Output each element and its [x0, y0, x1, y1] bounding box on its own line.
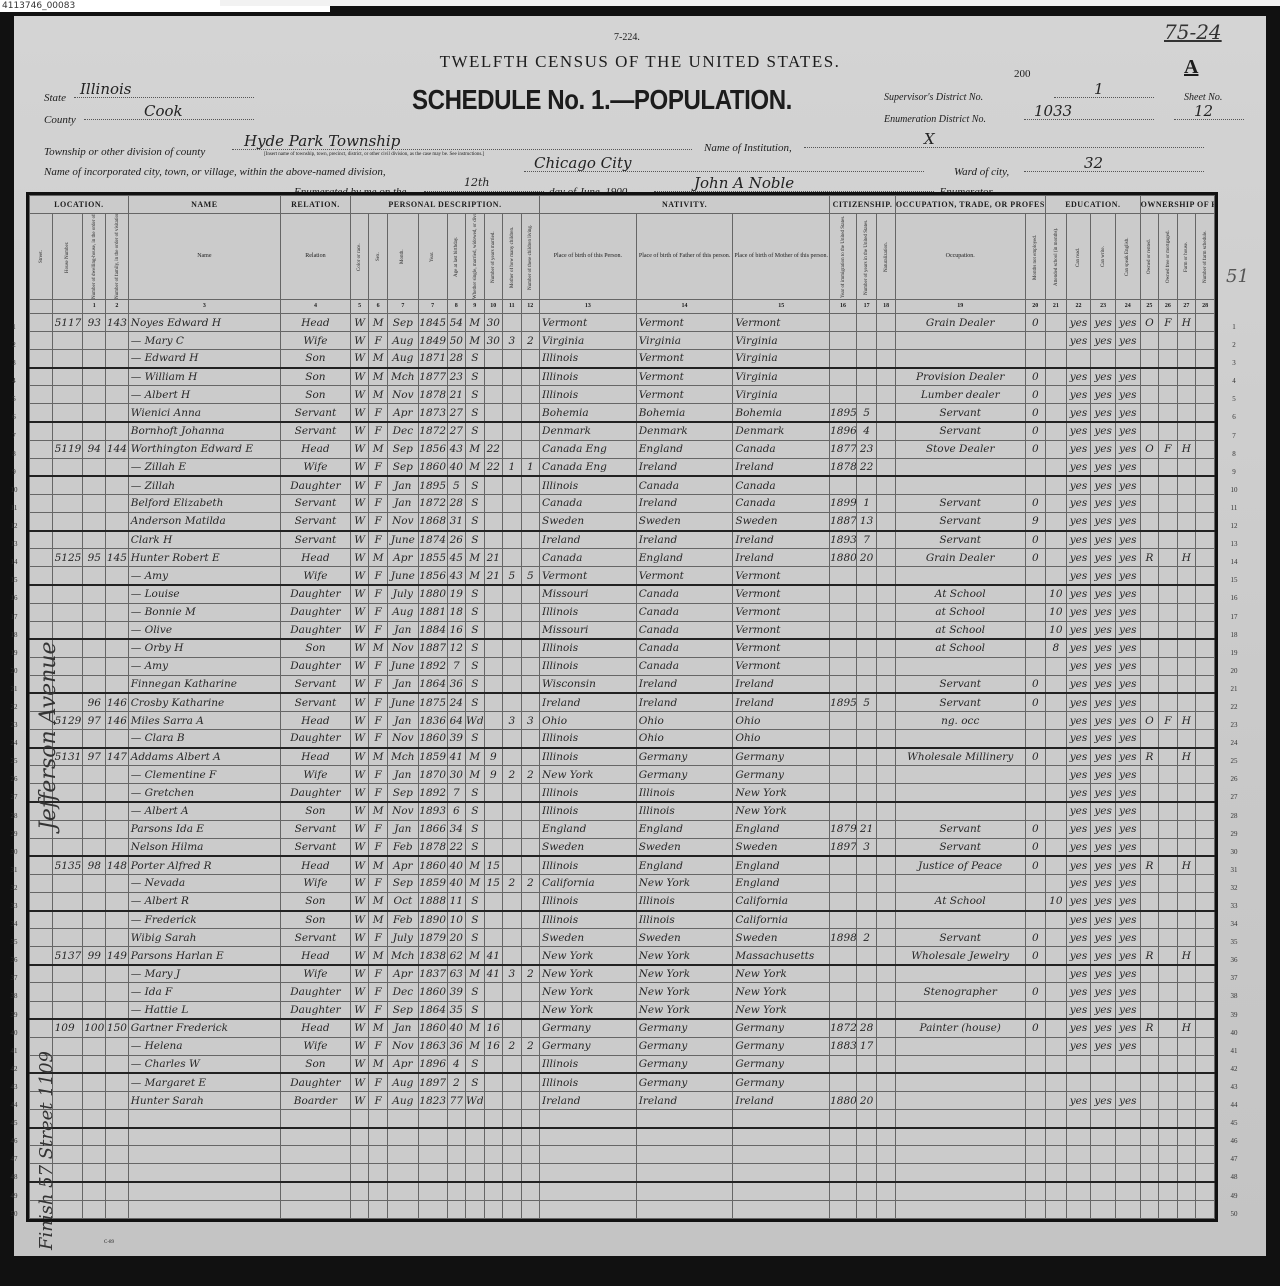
- cell-father-birth: New York: [636, 983, 733, 1001]
- column-label: Year.: [418, 214, 447, 300]
- cell-color: W: [350, 386, 369, 404]
- cell-write: yes: [1091, 820, 1116, 838]
- cell-natur: [877, 874, 896, 892]
- cell-year: 1895: [418, 476, 447, 494]
- cell-color: W: [350, 947, 369, 965]
- cell-sched: [1196, 856, 1215, 874]
- cell-natur: [877, 1182, 896, 1200]
- cell-sched: [1196, 458, 1215, 476]
- cell-house: [52, 386, 83, 404]
- table-row: [30, 1200, 1215, 1218]
- cell-age: 39: [447, 730, 466, 748]
- column-label: Number of family, in the order of visita…: [106, 214, 129, 300]
- sheet-letter: A: [1184, 56, 1198, 79]
- cell-years-married: [484, 730, 503, 748]
- cell-owned: [1140, 929, 1159, 947]
- cell-years-us: 23: [856, 440, 877, 458]
- cell-living: [521, 1001, 540, 1019]
- cell-family: 145: [106, 549, 129, 567]
- cell-house: [52, 350, 83, 368]
- cell-sched: [1196, 549, 1215, 567]
- cell-living: 2: [521, 874, 540, 892]
- cell-color: W: [350, 368, 369, 386]
- cell-farm: [1177, 766, 1196, 784]
- cell-marital: S: [466, 639, 485, 657]
- cell-unemployed: [1025, 657, 1046, 675]
- cell-sched: [1196, 965, 1215, 983]
- table-row: [30, 1182, 1215, 1200]
- cell-family: [106, 874, 129, 892]
- cell-farm: H: [1177, 712, 1196, 730]
- line-number: 34: [4, 915, 24, 933]
- cell-read: yes: [1066, 458, 1091, 476]
- column-number: 2: [106, 300, 129, 314]
- occupation-header: OCCUPATION, TRADE, OR PROFESSION: [895, 196, 1045, 214]
- cell-year: 1860: [418, 458, 447, 476]
- column-number: 16: [830, 300, 857, 314]
- cell-years-us: [856, 1073, 877, 1091]
- cell-mother-of: [503, 1146, 522, 1164]
- cell-mother-birth: Germany: [733, 766, 830, 784]
- cell-free: [1159, 494, 1178, 512]
- cell-father-birth: Bohemia: [636, 404, 733, 422]
- cell-name: Hunter Sarah: [128, 1092, 280, 1110]
- cell-immig: [830, 911, 857, 929]
- cell-immig: [830, 639, 857, 657]
- cell-sex: F: [369, 422, 388, 440]
- cell-unemployed: [1025, 712, 1046, 730]
- cell-school: [1046, 748, 1067, 766]
- cell-years-us: [856, 748, 877, 766]
- cell-english: [1115, 350, 1140, 368]
- line-number: 44: [1224, 1096, 1244, 1114]
- cell-occupation: at School: [895, 603, 1025, 621]
- cell-english: yes: [1115, 639, 1140, 657]
- cell-sched: [1196, 1073, 1215, 1091]
- line-number: 44: [4, 1096, 24, 1114]
- cell-name: Wibig Sarah: [128, 929, 280, 947]
- cell-family: [106, 494, 129, 512]
- cell-name: Clark H: [128, 531, 280, 549]
- cell-free: [1159, 1092, 1178, 1110]
- cell-month: Apr: [387, 965, 418, 983]
- column-label: Farm or house.: [1177, 214, 1196, 300]
- cell-family: [106, 1182, 129, 1200]
- cell-owned: O: [1140, 712, 1159, 730]
- cell-write: yes: [1091, 422, 1116, 440]
- cell-free: [1159, 983, 1178, 1001]
- cell-year: 1860: [418, 856, 447, 874]
- cell-father-birth: Illinois: [636, 784, 733, 802]
- cell-street: [30, 947, 53, 965]
- cell-free: [1159, 1146, 1178, 1164]
- cell-year: 1873: [418, 404, 447, 422]
- cell-unemployed: [1025, 766, 1046, 784]
- cell-mother-birth: Sweden: [733, 838, 830, 856]
- cell-sex: M: [369, 368, 388, 386]
- cell-write: yes: [1091, 893, 1116, 911]
- line-number: 31: [1224, 861, 1244, 879]
- cell-read: [1066, 1200, 1091, 1218]
- cell-unemployed: 0: [1025, 549, 1046, 567]
- cell-age: 22: [447, 838, 466, 856]
- cell-father-birth: Vermont: [636, 567, 733, 585]
- cell-sched: [1196, 766, 1215, 784]
- personal-description-header: PERSONAL DESCRIPTION.: [350, 196, 539, 214]
- cell-read: yes: [1066, 603, 1091, 621]
- cell-free: [1159, 1200, 1178, 1218]
- cell-birth: Vermont: [540, 314, 637, 332]
- cell-marital: M: [466, 965, 485, 983]
- cell-unemployed: [1025, 332, 1046, 350]
- cell-living: [521, 621, 540, 639]
- column-label: Year of immigration to the United States…: [830, 214, 857, 300]
- cell-sex: M: [369, 440, 388, 458]
- cell-sex: M: [369, 1055, 388, 1073]
- cell-farm: [1177, 820, 1196, 838]
- cell-marital: S: [466, 929, 485, 947]
- cell-sched: [1196, 820, 1215, 838]
- cell-write: yes: [1091, 784, 1116, 802]
- cell-relation: Head: [280, 947, 350, 965]
- cell-mother-of: [503, 693, 522, 711]
- cell-family: [106, 332, 129, 350]
- cell-sched: [1196, 513, 1215, 531]
- cell-occupation: ng. occ: [895, 712, 1025, 730]
- cell-occupation: [895, 1092, 1025, 1110]
- cell-read: yes: [1066, 766, 1091, 784]
- cell-immig: [830, 350, 857, 368]
- cell-immig: [830, 983, 857, 1001]
- cell-father-birth: Ireland: [636, 531, 733, 549]
- cell-occupation: Lumber dealer: [895, 386, 1025, 404]
- state-label: State: [44, 92, 66, 104]
- cell-mother-of: [503, 784, 522, 802]
- township-note: [Insert name of township, town, precinct…: [264, 152, 484, 157]
- cell-age: 5: [447, 476, 466, 494]
- cell-relation: Son: [280, 893, 350, 911]
- cell-immig: [830, 314, 857, 332]
- table-row: — Ida FDaughterWFDec186039SNew YorkNew Y…: [30, 983, 1215, 1001]
- cell-age: 27: [447, 404, 466, 422]
- cell-write: yes: [1091, 639, 1116, 657]
- cell-dwelling: [83, 838, 106, 856]
- cell-marital: S: [466, 911, 485, 929]
- cell-school: [1046, 531, 1067, 549]
- cell-month: Sep: [387, 314, 418, 332]
- cell-father-birth: New York: [636, 1001, 733, 1019]
- cell-living: 1: [521, 458, 540, 476]
- cell-sched: [1196, 802, 1215, 820]
- cell-birth: Ireland: [540, 693, 637, 711]
- cell-family: 150: [106, 1019, 129, 1037]
- cell-immig: [830, 748, 857, 766]
- line-number: 14: [1224, 553, 1244, 571]
- cell-sched: [1196, 314, 1215, 332]
- cell-sex: F: [369, 1037, 388, 1055]
- cell-age: 24: [447, 693, 466, 711]
- cell-month: Nov: [387, 730, 418, 748]
- cell-month: Apr: [387, 856, 418, 874]
- cell-read: yes: [1066, 1092, 1091, 1110]
- cell-age: [447, 1128, 466, 1146]
- line-number: 10: [1224, 481, 1244, 499]
- cell-immig: [830, 476, 857, 494]
- cell-marital: S: [466, 476, 485, 494]
- footer-code: C-89: [104, 1240, 114, 1245]
- cell-relation: Wife: [280, 458, 350, 476]
- cell-color: W: [350, 458, 369, 476]
- table-row: — HelenaWifeWFNov186336M1622GermanyGerma…: [30, 1037, 1215, 1055]
- cell-immig: [830, 874, 857, 892]
- form-number: 7-224.: [614, 32, 640, 43]
- line-number: 47: [1224, 1150, 1244, 1168]
- cell-owned: [1140, 1110, 1159, 1128]
- cell-marital: S: [466, 893, 485, 911]
- column-label: House Number.: [52, 214, 83, 300]
- cell-occupation: Servant: [895, 494, 1025, 512]
- cell-occupation: Painter (house): [895, 1019, 1025, 1037]
- cell-year: 1863: [418, 1037, 447, 1055]
- cell-natur: [877, 1073, 896, 1091]
- cell-father-birth: Ohio: [636, 730, 733, 748]
- cell-sched: [1196, 621, 1215, 639]
- cell-birth: Illinois: [540, 657, 637, 675]
- line-number: 9: [1224, 463, 1244, 481]
- cell-occupation: at School: [895, 621, 1025, 639]
- cell-farm: [1177, 332, 1196, 350]
- cell-years-us: [856, 603, 877, 621]
- cell-unemployed: [1025, 1037, 1046, 1055]
- cell-read: yes: [1066, 911, 1091, 929]
- cell-english: yes: [1115, 657, 1140, 675]
- cell-owned: R: [1140, 947, 1159, 965]
- cell-house: [52, 893, 83, 911]
- cell-mother-birth: Virginia: [733, 368, 830, 386]
- cell-mother-of: [503, 494, 522, 512]
- line-number: 43: [1224, 1078, 1244, 1096]
- cell-natur: [877, 1128, 896, 1146]
- cell-occupation: At School: [895, 585, 1025, 603]
- cell-years-us: [856, 1055, 877, 1073]
- line-number: 25: [1224, 752, 1244, 770]
- cell-mother-of: [503, 1110, 522, 1128]
- cell-unemployed: [1025, 603, 1046, 621]
- cell-sex: M: [369, 314, 388, 332]
- cell-years-married: [484, 1001, 503, 1019]
- cell-house: [52, 332, 83, 350]
- cell-school: [1046, 874, 1067, 892]
- line-number: 16: [1224, 589, 1244, 607]
- cell-read: yes: [1066, 893, 1091, 911]
- line-number: 21: [1224, 680, 1244, 698]
- cell-mother-birth: Virginia: [733, 350, 830, 368]
- cell-free: F: [1159, 314, 1178, 332]
- cell-mother-birth: Germany: [733, 1073, 830, 1091]
- cell-years-us: [856, 1182, 877, 1200]
- cell-occupation: Grain Dealer: [895, 314, 1025, 332]
- cell-free: [1159, 422, 1178, 440]
- cell-write: yes: [1091, 802, 1116, 820]
- cell-unemployed: [1025, 1110, 1046, 1128]
- cell-sex: F: [369, 1001, 388, 1019]
- cell-read: yes: [1066, 567, 1091, 585]
- cell-occupation: Justice of Peace: [895, 856, 1025, 874]
- line-number: 16: [4, 589, 24, 607]
- cell-natur: [877, 693, 896, 711]
- cell-years-us: 2: [856, 929, 877, 947]
- cell-unemployed: 0: [1025, 368, 1046, 386]
- cell-mother-of: [503, 730, 522, 748]
- cell-farm: [1177, 1092, 1196, 1110]
- line-number: 36: [1224, 951, 1244, 969]
- cell-name: — Mary J: [128, 965, 280, 983]
- cell-birth: Germany: [540, 1019, 637, 1037]
- cell-mother-of: [503, 1092, 522, 1110]
- cell-years-married: [484, 603, 503, 621]
- cell-sched: [1196, 1164, 1215, 1182]
- table-row: 511793143Noyes Edward HHeadWMSep184554M3…: [30, 314, 1215, 332]
- cell-sched: [1196, 386, 1215, 404]
- cell-years-us: [856, 1128, 877, 1146]
- cell-free: [1159, 856, 1178, 874]
- cell-month: Nov: [387, 386, 418, 404]
- cell-sex: F: [369, 657, 388, 675]
- cell-name: [128, 1128, 280, 1146]
- cell-years-us: 7: [856, 531, 877, 549]
- cell-free: [1159, 657, 1178, 675]
- cell-years-married: [484, 1073, 503, 1091]
- line-number: 24: [1224, 734, 1244, 752]
- cell-write: yes: [1091, 856, 1116, 874]
- cell-dwelling: [83, 1037, 106, 1055]
- cell-immig: [830, 657, 857, 675]
- line-number: 46: [4, 1132, 24, 1150]
- cell-dwelling: [83, 458, 106, 476]
- cell-name: Parsons Harlan E: [128, 947, 280, 965]
- cell-english: yes: [1115, 766, 1140, 784]
- table-row: 96146Crosby KatharineServantWFJune187524…: [30, 693, 1215, 711]
- table-row: Wienici AnnaServantWFApr187327SBohemiaBo…: [30, 404, 1215, 422]
- ward-field: 32: [1024, 156, 1204, 172]
- cell-read: yes: [1066, 621, 1091, 639]
- cell-family: [106, 386, 129, 404]
- cell-mother-of: [503, 657, 522, 675]
- cell-immig: [830, 802, 857, 820]
- cell-sched: [1196, 368, 1215, 386]
- cell-relation: [280, 1128, 350, 1146]
- cell-school: [1046, 820, 1067, 838]
- cell-years-us: 5: [856, 404, 877, 422]
- cell-years-us: [856, 730, 877, 748]
- line-number: 33: [1224, 897, 1244, 915]
- cell-year: 1859: [418, 748, 447, 766]
- cell-owned: [1140, 1001, 1159, 1019]
- cell-age: 35: [447, 1001, 466, 1019]
- cell-birth: Germany: [540, 1037, 637, 1055]
- cell-father-birth: Canada: [636, 476, 733, 494]
- cell-color: W: [350, 712, 369, 730]
- cell-owned: [1140, 802, 1159, 820]
- cell-living: [521, 314, 540, 332]
- cell-month: Feb: [387, 838, 418, 856]
- cell-free: [1159, 585, 1178, 603]
- cell-marital: S: [466, 404, 485, 422]
- cell-farm: [1177, 1073, 1196, 1091]
- cell-free: [1159, 1182, 1178, 1200]
- cell-relation: Servant: [280, 838, 350, 856]
- cell-color: W: [350, 1001, 369, 1019]
- cell-read: yes: [1066, 531, 1091, 549]
- cell-school: 10: [1046, 603, 1067, 621]
- cell-month: July: [387, 585, 418, 603]
- cell-marital: S: [466, 838, 485, 856]
- cell-father-birth: [636, 1128, 733, 1146]
- cell-name: — Nevada: [128, 874, 280, 892]
- cell-years-us: [856, 1001, 877, 1019]
- line-number: 10: [4, 481, 24, 499]
- line-number: 27: [4, 788, 24, 806]
- cell-family: [106, 350, 129, 368]
- cell-year: 1864: [418, 675, 447, 693]
- cell-birth: New York: [540, 947, 637, 965]
- cell-month: June: [387, 531, 418, 549]
- cell-years-us: [856, 350, 877, 368]
- cell-color: W: [350, 404, 369, 422]
- cell-sched: [1196, 585, 1215, 603]
- cell-marital: [466, 1182, 485, 1200]
- cell-mother-of: [503, 1200, 522, 1218]
- cell-father-birth: Sweden: [636, 929, 733, 947]
- cell-immig: 1879: [830, 820, 857, 838]
- cell-birth: New York: [540, 1001, 637, 1019]
- cell-unemployed: [1025, 476, 1046, 494]
- cell-sched: [1196, 603, 1215, 621]
- cell-marital: [466, 1110, 485, 1128]
- cell-farm: [1177, 386, 1196, 404]
- line-number: 42: [1224, 1060, 1244, 1078]
- cell-free: [1159, 1128, 1178, 1146]
- cell-marital: S: [466, 621, 485, 639]
- cell-dwelling: [83, 1182, 106, 1200]
- cell-immig: 1895: [830, 693, 857, 711]
- cell-natur: [877, 1092, 896, 1110]
- cell-mother-birth: England: [733, 856, 830, 874]
- cell-mother-birth: Germany: [733, 1055, 830, 1073]
- cell-sched: [1196, 712, 1215, 730]
- cell-month: Sep: [387, 458, 418, 476]
- cell-house: [52, 494, 83, 512]
- cell-color: W: [350, 911, 369, 929]
- cell-living: [521, 368, 540, 386]
- column-number: 26: [1159, 300, 1178, 314]
- cell-color: W: [350, 748, 369, 766]
- cell-birth: Illinois: [540, 802, 637, 820]
- cell-immig: [830, 712, 857, 730]
- cell-sex: F: [369, 513, 388, 531]
- cell-read: yes: [1066, 874, 1091, 892]
- cell-birth: [540, 1200, 637, 1218]
- column-label: Owned or rented.: [1140, 214, 1159, 300]
- cell-living: [521, 639, 540, 657]
- cell-read: yes: [1066, 440, 1091, 458]
- cell-years-married: [484, 1110, 503, 1128]
- cell-relation: Wife: [280, 766, 350, 784]
- cell-free: [1159, 549, 1178, 567]
- cell-name: — Olive: [128, 621, 280, 639]
- cell-years-us: 20: [856, 549, 877, 567]
- cell-years-us: [856, 314, 877, 332]
